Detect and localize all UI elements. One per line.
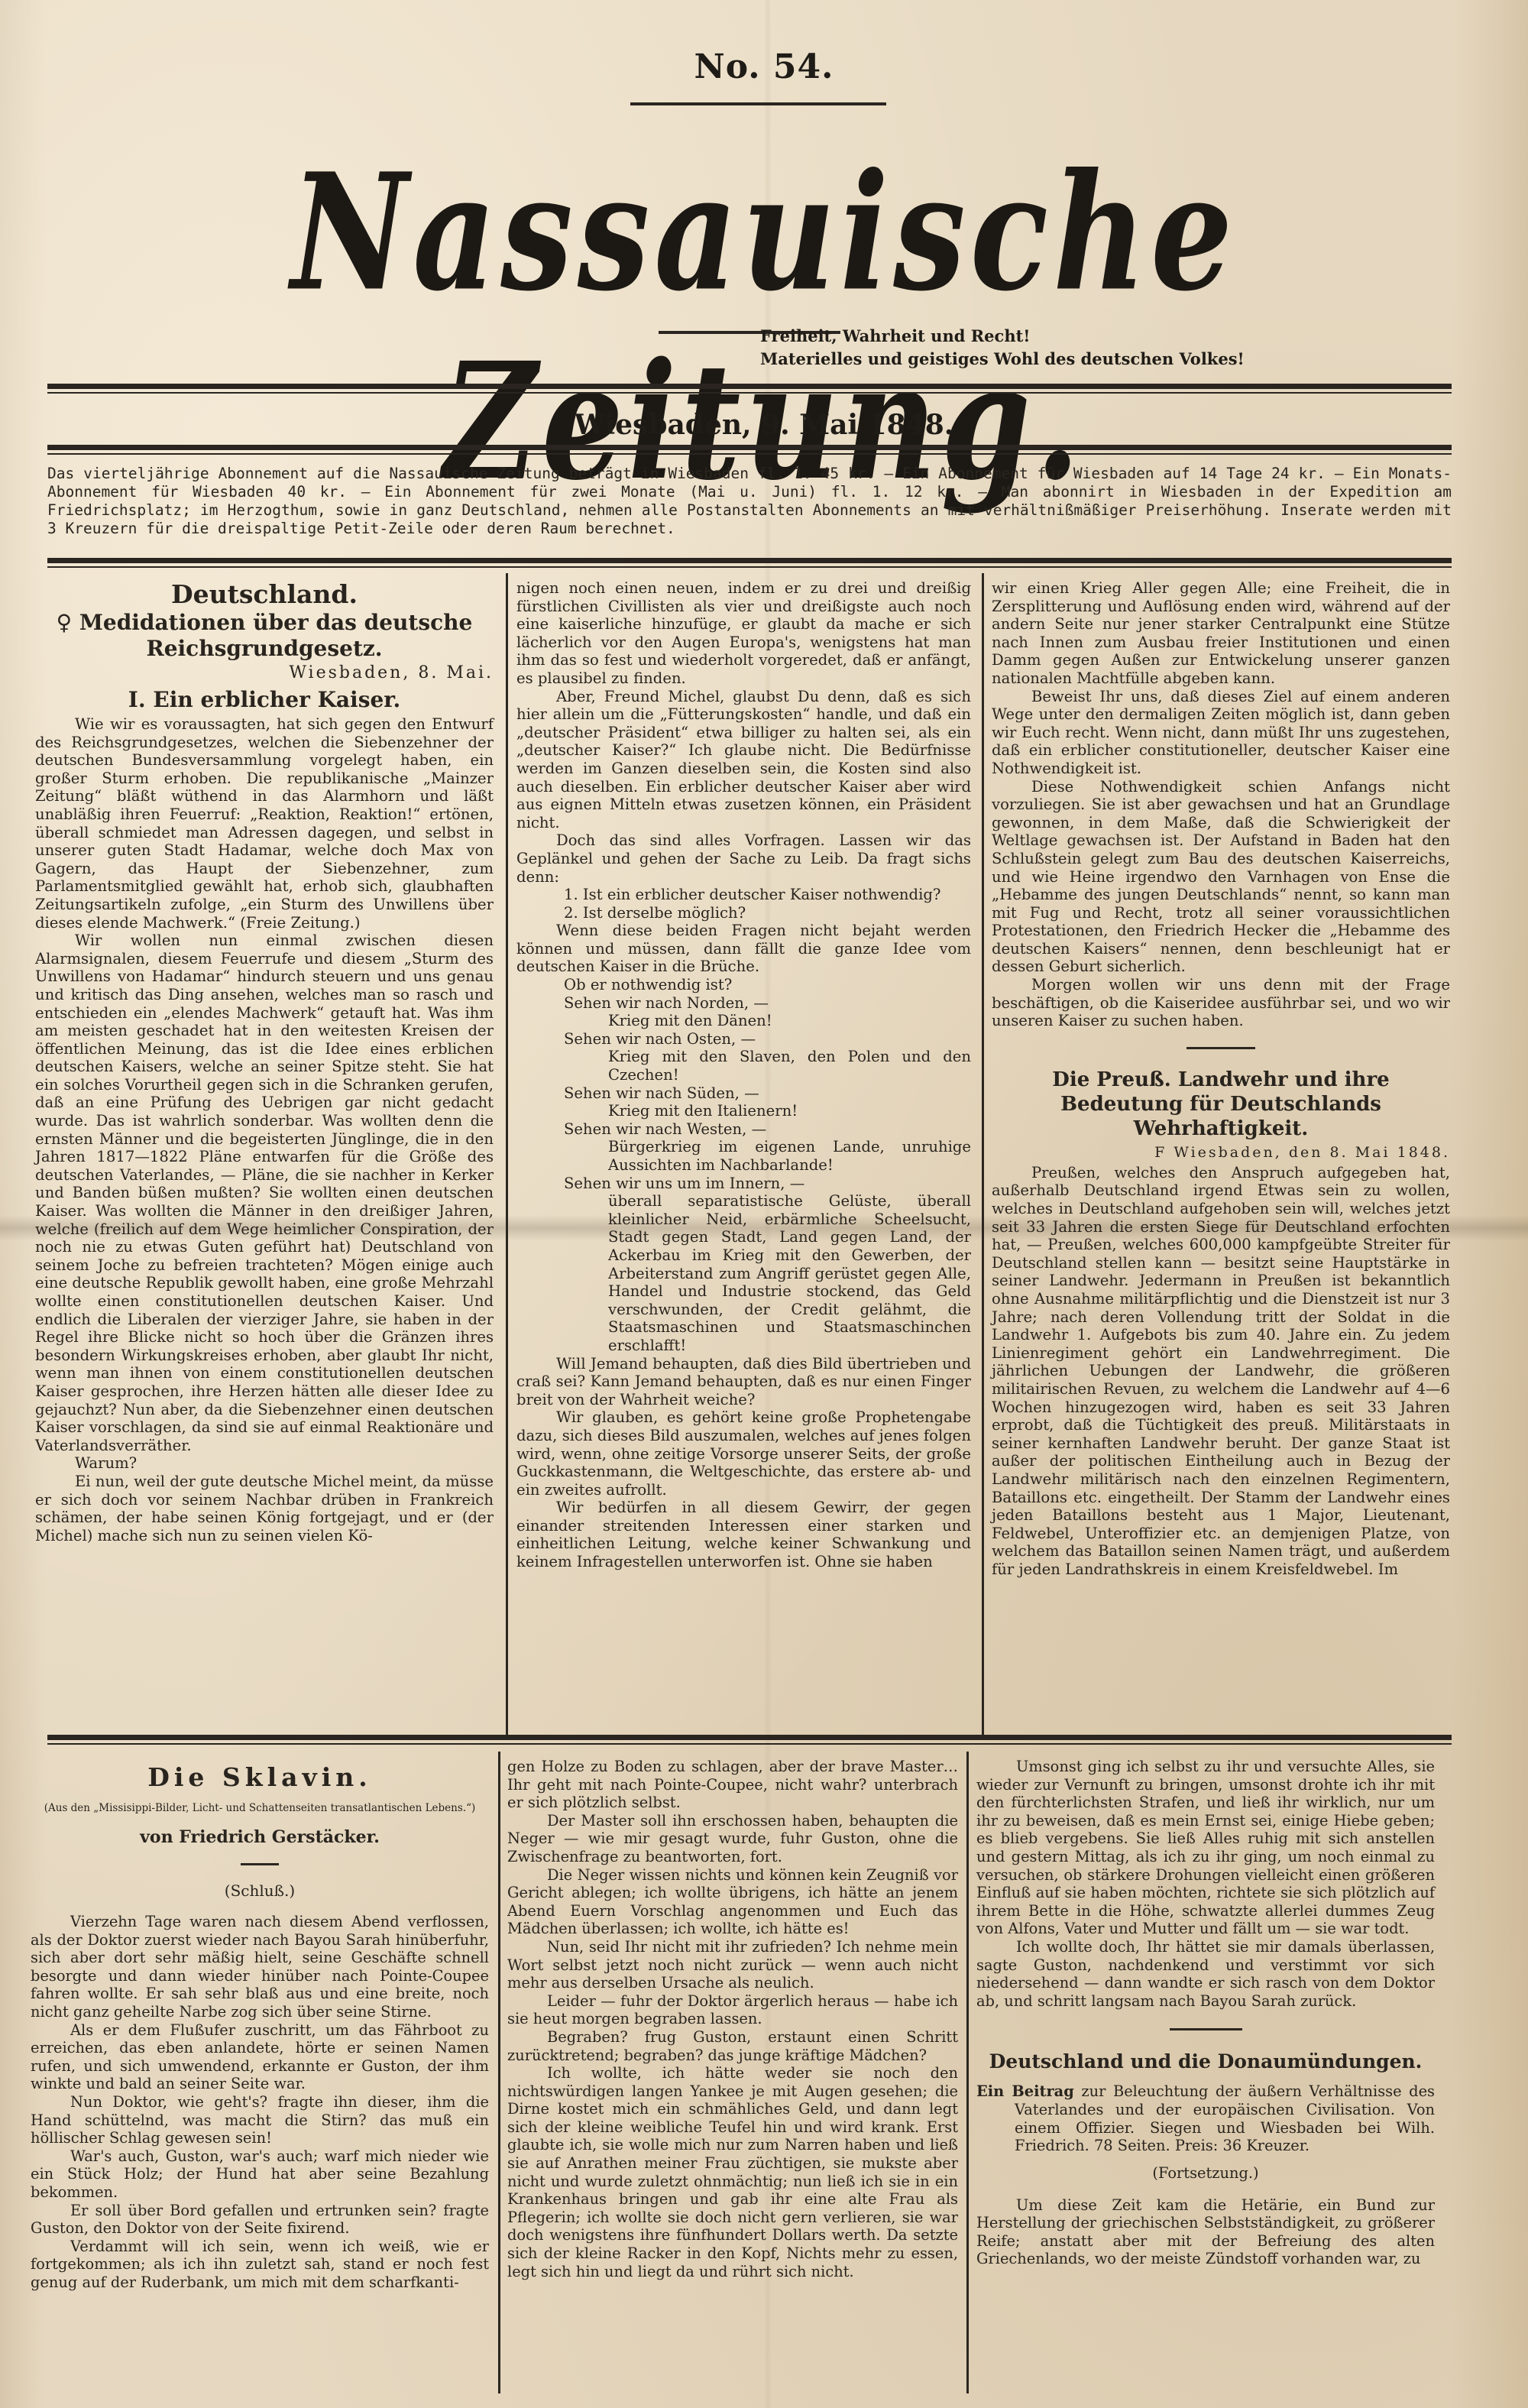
poem-line: Ob er nothwendig ist? <box>516 976 971 994</box>
paragraph: Vierzehn Tage waren nach diesem Abend ve… <box>31 1913 489 2021</box>
poem-line: Bürgerkrieg im eigenen Lande, unruhige A… <box>516 1138 971 1174</box>
poem-line: Sehen wir nach Osten, — <box>516 1030 971 1048</box>
paragraph: Ich wollte doch, Ihr hättet sie mir dama… <box>976 1938 1435 2010</box>
paragraph: Der Master soll ihn erschossen haben, be… <box>507 1812 958 1866</box>
paragraph: Wir glauben, es gehört keine große Proph… <box>516 1408 971 1499</box>
feuilleton-separator <box>241 1863 279 1865</box>
question: 2. Ist derselbe möglich? <box>516 904 971 922</box>
paragraph: Morgen wollen wir uns denn mit der Frage… <box>992 976 1450 1030</box>
poem-line: Krieg mit den Italienern! <box>516 1102 971 1120</box>
motto: Freiheit, Wahrheit und Recht! Materielle… <box>760 325 1245 371</box>
paragraph: nigen noch einen neuen, indem er zu drei… <box>516 579 971 688</box>
issue-number: No. 54. <box>0 47 1528 86</box>
column-divider-2 <box>982 573 984 1739</box>
paragraph: gen Holze zu Boden zu schlagen, aber der… <box>507 1758 958 1812</box>
article-separator <box>1170 2028 1242 2030</box>
paragraph: Wir wollen nun einmal zwischen diesen Al… <box>35 932 494 1454</box>
poem-line: Sehen wir uns um im Innern, — <box>516 1175 971 1193</box>
paragraph: Ich wollte, ich hätte weder sie noch den… <box>507 2064 958 2280</box>
feuilleton-author: von Friedrich Gerstäcker. <box>31 1825 489 1849</box>
newspaper-page: No. 54. Nassauische Zeitung. Freiheit, W… <box>0 0 1528 2408</box>
deutschland-col-1: Deutschland. ♀ Medidationen über das deu… <box>35 579 494 1544</box>
paragraph: Verdammt will ich sein, wenn ich weiß, w… <box>31 2238 489 2292</box>
paragraph: Nun Doktor, wie geht's? fragte ihn diese… <box>31 2093 489 2147</box>
question: 1. Ist ein erblicher deutscher Kaiser no… <box>516 886 971 904</box>
paragraph: Leider — fuhr der Doktor ärgerlich herau… <box>507 1992 958 2028</box>
donau-book-details: zur Beleuchtung der äußern Verhältnisse … <box>1015 2082 1435 2154</box>
deutschland-col-2: nigen noch einen neuen, indem er zu drei… <box>516 579 971 1571</box>
subscription-rule <box>47 558 1452 568</box>
poem-line: Sehen wir nach Süden, — <box>516 1084 971 1103</box>
poem-line: Krieg mit den Dänen! <box>516 1012 971 1030</box>
feuilleton-rule <box>47 1735 1452 1745</box>
donau-title: Deutschland und die Donaumündungen. <box>976 2049 1435 2075</box>
feuilleton-title: Die Sklavin. <box>31 1762 489 1793</box>
article-separator <box>1186 1047 1255 1049</box>
article-dateline: Wiesbaden, 8. Mai. <box>35 662 494 685</box>
donau-book-reference: Ein Beitrag zur Beleuchtung der äußern V… <box>976 2082 1435 2154</box>
motto-line-1: Freiheit, Wahrheit und Recht! <box>760 325 1245 348</box>
paragraph: Wie wir es voraussagten, hat sich gegen … <box>35 715 494 932</box>
paragraph: Aber, Freund Michel, glaubst Du denn, da… <box>516 688 971 832</box>
paragraph: Umsonst ging ich selbst zu ihr und versu… <box>976 1758 1435 1938</box>
donau-body: Um diese Zeit kam die Hetärie, ein Bund … <box>976 2196 1435 2268</box>
article-subtitle: I. Ein erblicher Kaiser. <box>35 685 494 715</box>
paragraph: wir einen Krieg Aller gegen Alle; eine F… <box>992 579 1450 688</box>
article-title: ♀ Medidationen über das deutsche Reichsg… <box>35 610 494 662</box>
paragraph: Ei nun, weil der gute deutsche Michel me… <box>35 1473 494 1544</box>
paragraph: Wir bedürfen in all diesem Gewirr, der g… <box>516 1499 971 1570</box>
subscription-notice: Das vierteljährige Abonnement auf die Na… <box>47 465 1452 538</box>
lower-column-divider-2 <box>966 1752 969 2393</box>
feuilleton-col-1: Die Sklavin. (Aus den „Missisippi-Bilder… <box>31 1758 489 2291</box>
masthead-rule-bottom <box>47 445 1452 455</box>
masthead-rule-top <box>47 384 1452 394</box>
feuilleton-col-2: gen Holze zu Boden zu schlagen, aber der… <box>507 1758 958 2280</box>
issue-dateline: Wiesbaden, 9. Mai 1848. <box>0 409 1528 441</box>
paragraph: Beweist Ihr uns, daß dieses Ziel auf ein… <box>992 688 1450 778</box>
paragraph: War's auch, Guston, war's auch; warf mic… <box>31 2147 489 2202</box>
motto-line-2: Materielles und geistiges Wohl des deuts… <box>760 348 1245 371</box>
poem-line: Sehen wir nach Westen, — <box>516 1120 971 1139</box>
paragraph: Diese Nothwendigkeit schien Anfangs nich… <box>992 778 1450 977</box>
paragraph: Nun, seid Ihr nicht mit ihr zufrieden? I… <box>507 1938 958 1992</box>
feuilleton-status: (Schluß.) <box>31 1879 489 1902</box>
poem-line: Krieg mit den Slaven, den Polen und den … <box>516 1048 971 1084</box>
issue-rule <box>630 102 886 105</box>
donau-book-lead: Ein Beitrag <box>976 2082 1074 2100</box>
lower-column-divider-1 <box>498 1752 500 2393</box>
poem-line: Sehen wir nach Norden, — <box>516 994 971 1013</box>
paragraph: Begraben? frug Guston, erstaunt einen Sc… <box>507 2028 958 2064</box>
donau-status: (Fortsetzung.) <box>976 2160 1435 2187</box>
column-divider-1 <box>506 573 508 1739</box>
paragraph: Wenn diese beiden Fragen nicht bejaht we… <box>516 922 971 976</box>
poem-line: überall separatistische Gelüste, überall… <box>516 1192 971 1354</box>
paragraph: Die Neger wissen nichts und können kein … <box>507 1866 958 1938</box>
section-title: Deutschland. <box>35 579 494 610</box>
deutschland-col-3: wir einen Krieg Aller gegen Alle; eine F… <box>992 579 1450 1579</box>
paragraph: Er soll über Bord gefallen und ertrunken… <box>31 2202 489 2238</box>
landwehr-dateline: F Wiesbaden, den 8. Mai 1848. <box>992 1141 1450 1164</box>
paragraph: Als er dem Flußufer zuschritt, um das Fä… <box>31 2021 489 2093</box>
landwehr-title: Die Preuß. Landwehr und ihre Bedeutung f… <box>992 1068 1450 1141</box>
paragraph: Will Jemand behaupten, daß dies Bild übe… <box>516 1355 971 1409</box>
paragraph: Doch das sind alles Vorfragen. Lassen wi… <box>516 831 971 886</box>
feuilleton-col-3: Umsonst ging ich selbst zu ihr und versu… <box>976 1758 1435 2268</box>
feuilleton-source: (Aus den „Missisippi-Bilder, Licht- und … <box>31 1800 489 1816</box>
landwehr-body: Preußen, welches den Anspruch aufgegeben… <box>992 1164 1450 1579</box>
paragraph: Warum? <box>35 1454 494 1473</box>
